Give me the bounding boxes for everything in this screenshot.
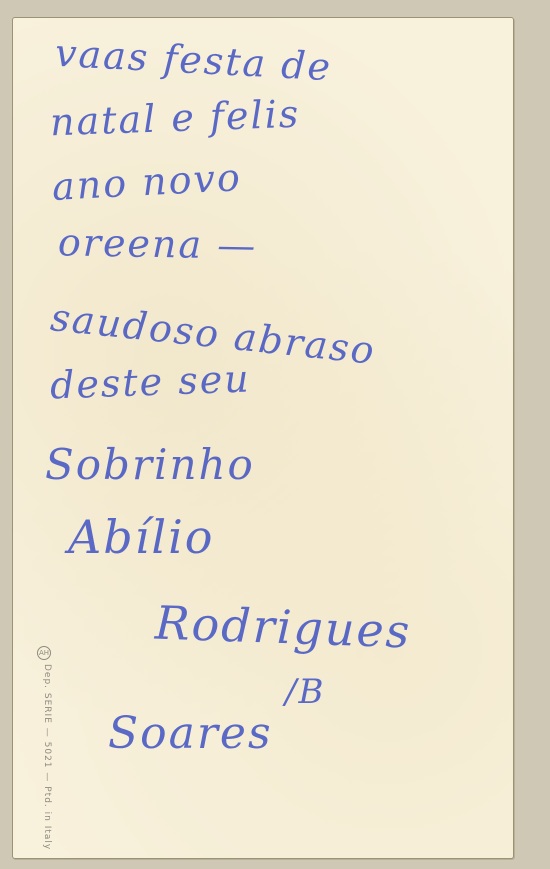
handwriting-line-2: natal e felis (49, 92, 301, 145)
handwriting-line-9: Rodrigues (154, 596, 412, 659)
handwriting-line-6: deste seu (49, 357, 251, 408)
handwriting-line-11: Soares (108, 708, 273, 759)
publisher-imprint: Dep. SERIE — 5021 — Ptd. in Italy (38, 664, 52, 850)
handwriting-line-10: /B (285, 672, 325, 712)
handwriting-line-8: Abílio (68, 510, 215, 564)
publisher-logo-icon: AH (37, 646, 51, 660)
handwriting-line-7: Sobrinho (45, 440, 255, 489)
handwriting-line-4: oreena — (58, 220, 258, 267)
